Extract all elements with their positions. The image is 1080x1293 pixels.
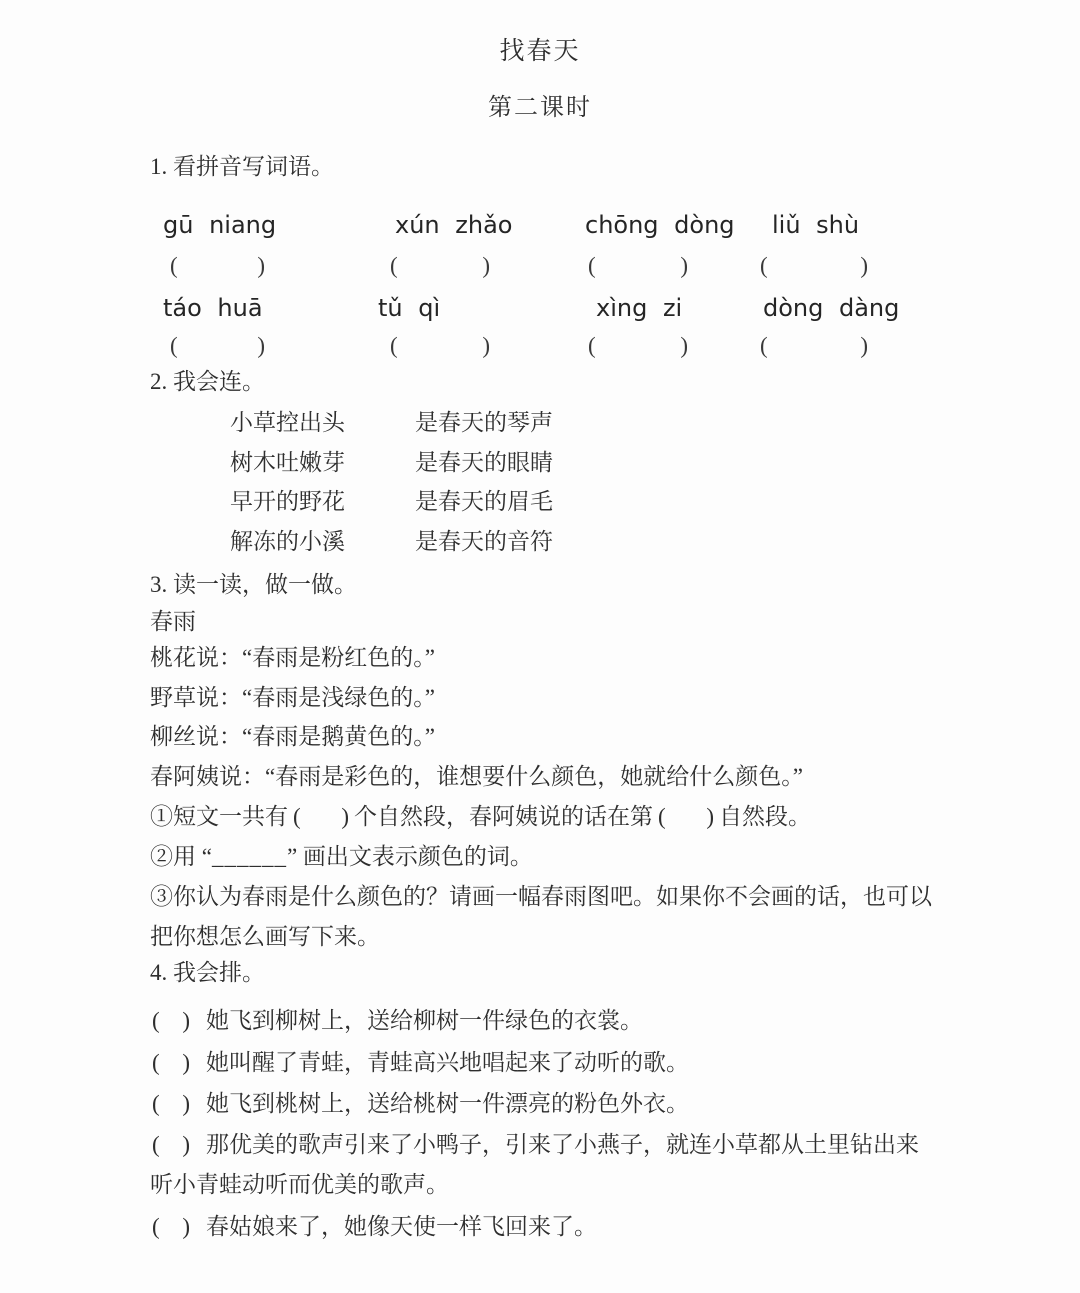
bracket-close: ) [182,1207,190,1247]
passage-line: 野草说：“春雨是浅绿色的。” [150,678,435,718]
bracket-close: ) [182,1001,190,1041]
match-right: 是春天的眉毛 [415,489,553,514]
order-item: ()春姑娘来了，她像天使一样飞回来了。 [152,1207,597,1247]
bracket-close: ) [860,248,868,284]
order-item: ()她叫醒了青蛙，青蛙高兴地唱起来了动听的歌。 [152,1043,689,1083]
match-row: 小草控出头是春天的琴声 [230,403,553,443]
answer-bracket-pair: () [760,328,868,364]
bracket-close: ) [680,328,688,364]
bracket-close: ) [860,328,868,364]
bracket-open: ( [152,1084,160,1124]
pinyin-word: tǔ qì [378,290,440,326]
match-row: 早开的野花是春天的眉毛 [230,482,553,522]
answer-bracket-pair: () [152,1043,190,1083]
underline-blank: ______ [212,844,287,869]
bracket-open: ( [390,328,398,364]
match-row: 解冻的小溪是春天的音符 [230,522,553,562]
answer-bracket-pair: () [152,1125,190,1165]
question-text: ” 画出文表示颜色的词。 [287,844,533,869]
answer-bracket-pair: () [152,1084,190,1124]
bracket-close: ) [257,328,265,364]
bracket-open: ( [390,248,398,284]
match-left: 树木吐嫩芽 [230,443,415,483]
pinyin-word: liǔ shù [772,207,859,243]
match-right: 是春天的眼睛 [415,450,553,475]
bracket-open: ( [170,248,178,284]
question-1: ①短文一共有()个自然段，春阿姨说的话在第()自然段。 [150,797,811,837]
answer-bracket-pair: () [293,797,349,837]
bracket-close: ) [257,248,265,284]
pinyin-word: dòng dàng [763,290,899,326]
answer-bracket-pair: () [760,248,868,284]
match-left: 解冻的小溪 [230,522,415,562]
bracket-open: ( [152,1001,160,1041]
match-left: 小草控出头 [230,403,415,443]
question-3: ③你认为春雨是什么颜色的？请画一幅春雨图吧。如果你不会画的话，也可以把你想怎么画… [150,877,940,957]
bracket-close: ) [341,797,349,837]
order-item-text: 春姑娘来了，她像天使一样飞回来了。 [206,1214,597,1239]
order-item-text: 她飞到桃树上，送给桃树一件漂亮的粉色外衣。 [206,1091,689,1116]
bracket-close: ) [680,248,688,284]
section2-heading: 2. 我会连。 [150,362,265,402]
section3-heading: 3. 读一读，做一做。 [150,565,357,605]
pinyin-word: xìng zi [596,290,682,326]
pinyin-word: chōng dòng [585,207,735,243]
pinyin-word: táo huā [163,290,263,326]
pinyin-word: xún zhǎo [395,207,512,243]
order-item-text: 那优美的歌声引来了小鸭子，引来了小燕子，就连小草都从土里钻出来听小青蛙动听而优美… [150,1132,919,1197]
section1-heading: 1. 看拼音写词语。 [150,147,334,187]
order-item: ()她飞到柳树上，送给柳树一件绿色的衣裳。 [152,1001,643,1041]
bracket-close: ) [182,1125,190,1165]
passage-line: 桃花说：“春雨是粉红色的。” [150,638,435,678]
answer-bracket-pair: () [658,797,714,837]
bracket-open: ( [588,328,596,364]
bracket-open: ( [170,328,178,364]
answer-bracket-pair: () [152,1001,190,1041]
bracket-open: ( [658,797,666,837]
bracket-close: ) [182,1043,190,1083]
answer-bracket-pair: () [152,1207,190,1247]
question-text: 个自然段，春阿姨说的话在第 [354,804,653,829]
bracket-open: ( [588,248,596,284]
question-text: ①短文一共有 [150,804,288,829]
answer-bracket-pair: () [390,328,490,364]
bracket-open: ( [760,248,768,284]
bracket-close: ) [706,797,714,837]
answer-bracket-pair: () [170,248,265,284]
bracket-open: ( [152,1125,160,1165]
lesson-subtitle: 第二课时 [0,88,1080,128]
question-text: ②用 “ [150,844,212,869]
answer-bracket-pair: () [588,328,688,364]
passage-line: 柳丝说：“春雨是鹅黄色的。” [150,717,435,757]
order-item-text: 她叫醒了青蛙，青蛙高兴地唱起来了动听的歌。 [206,1050,689,1075]
bracket-close: ) [482,248,490,284]
order-item: ()她飞到桃树上，送给桃树一件漂亮的粉色外衣。 [152,1084,689,1124]
match-left: 早开的野花 [230,482,415,522]
bracket-open: ( [293,797,301,837]
section4-heading: 4. 我会排。 [150,953,265,993]
match-right: 是春天的琴声 [415,410,553,435]
bracket-open: ( [152,1207,160,1247]
question-text: 自然段。 [719,804,811,829]
match-right: 是春天的音符 [415,529,553,554]
worksheet-page: 找春天 第二课时 1. 看拼音写词语。 gū niang xún zhǎo ch… [0,0,1080,1293]
bracket-close: ) [182,1084,190,1124]
passage-line: 春阿姨说：“春雨是彩色的，谁想要什么颜色，她就给什么颜色。” [150,757,803,797]
answer-bracket-pair: () [170,328,265,364]
page-title: 找春天 [0,32,1080,72]
passage-title: 春雨 [150,602,196,642]
bracket-open: ( [152,1043,160,1083]
order-item-text: 她飞到柳树上，送给柳树一件绿色的衣裳。 [206,1008,643,1033]
bracket-open: ( [760,328,768,364]
answer-bracket-pair: () [390,248,490,284]
bracket-close: ) [482,328,490,364]
question-2: ②用 “______” 画出文表示颜色的词。 [150,837,533,877]
order-item: ()那优美的歌声引来了小鸭子，引来了小燕子，就连小草都从土里钻出来听小青蛙动听而… [150,1125,940,1205]
match-row: 树木吐嫩芽是春天的眼睛 [230,443,553,483]
answer-bracket-pair: () [588,248,688,284]
pinyin-word: gū niang [163,207,276,243]
